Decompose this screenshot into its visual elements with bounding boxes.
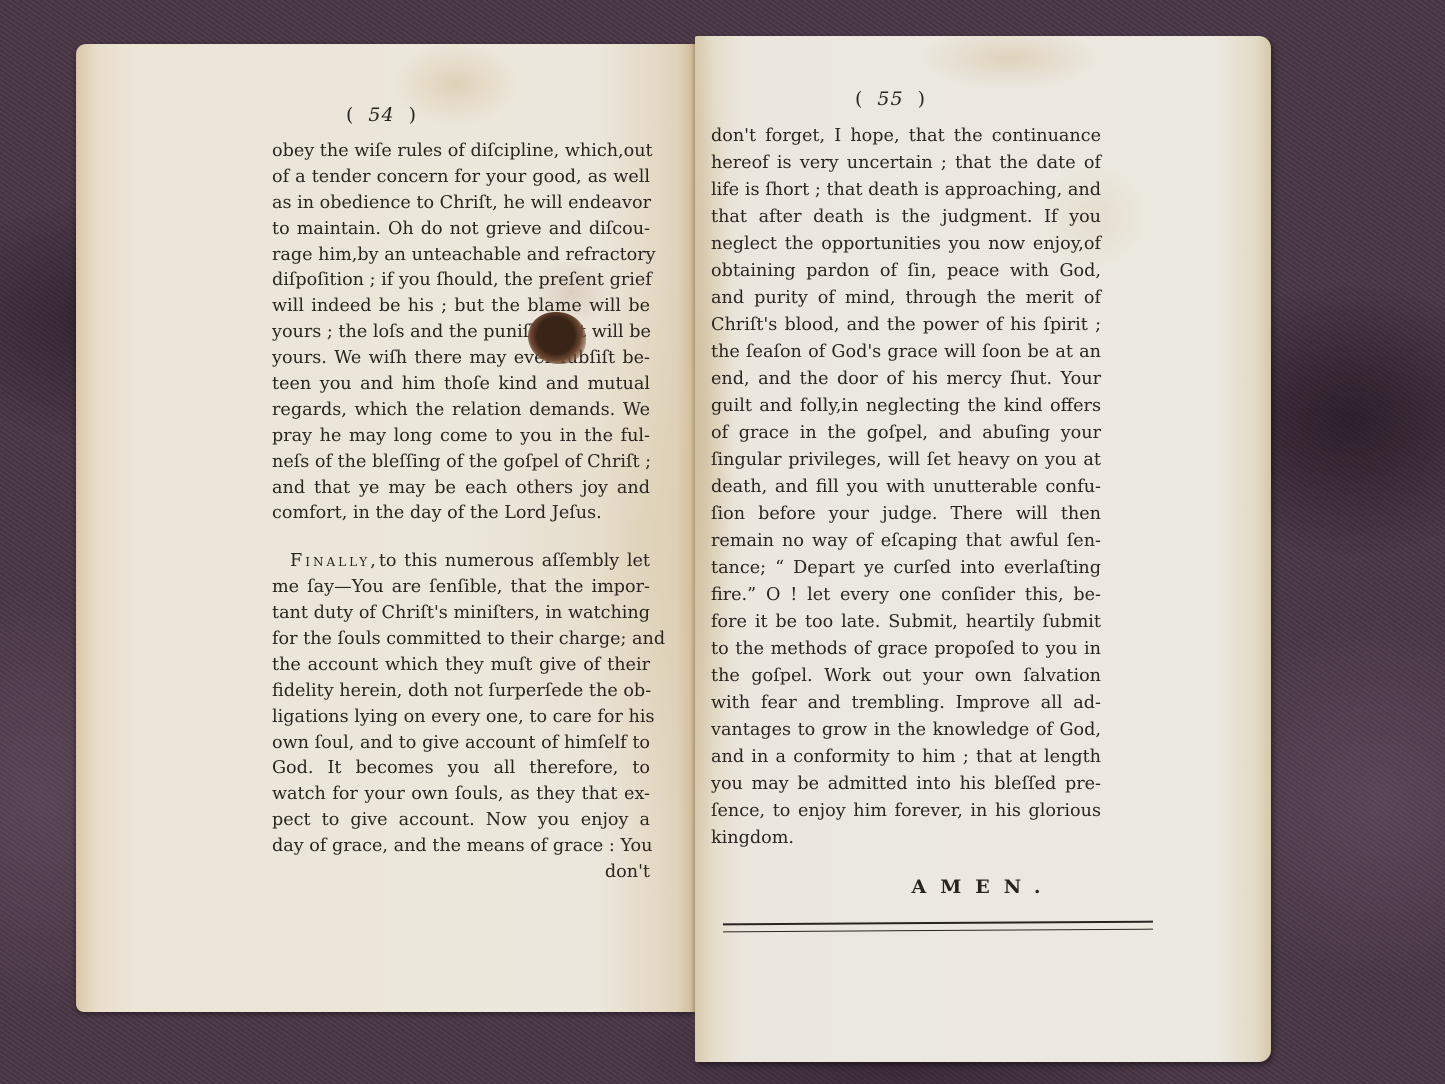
text-span: to this numerous aſſembly let	[379, 551, 650, 571]
text-line: ligations lying on every one, to care fo…	[272, 705, 650, 731]
text-line: tant duty of Chriſt's miniſters, in watc…	[272, 601, 650, 627]
text-line: to maintain. Oh do not grieve and diſcou…	[272, 217, 650, 243]
right-paragraph: don't forget, I hope, that the continuan…	[711, 123, 1101, 852]
text-line: neglect the opportunities you now enjoy,…	[711, 231, 1101, 258]
text-line: death, and fill you with unutterable con…	[711, 474, 1101, 501]
left-paragraph-1: obey the wiſe rules of diſcipline, which…	[272, 139, 650, 886]
folio-paren-close: )	[409, 104, 417, 126]
text-line: obtaining pardon of ſin, peace with God,	[711, 258, 1101, 285]
text-line: the account which they muſt give of thei…	[272, 653, 650, 679]
text-line: watch for your own ſouls, as they that e…	[272, 782, 650, 808]
text-line: me ſay—You are ſenſible, that the impor-	[272, 575, 650, 601]
text-line: end, and the door of his mercy ſhut. You…	[711, 366, 1101, 393]
double-rule-divider	[723, 921, 1153, 933]
text-line: vantages to grow in the knowledge of God…	[711, 717, 1101, 744]
right-page: (55) don't forget, I hope, that the cont…	[695, 36, 1271, 1062]
text-line: hereof is very uncertain ; that the date…	[711, 150, 1101, 177]
text-line: with fear and trembling. Improve all ad-	[711, 690, 1101, 717]
text-line: Chriſt's blood, and the power of his ſpi…	[711, 312, 1101, 339]
text-line: will indeed be his ; but the blame will …	[272, 294, 650, 320]
text-line: pect to give account. Now you enjoy a	[272, 808, 650, 834]
text-line: that after death is the judgment. If you	[711, 204, 1101, 231]
text-line: yours. We wiſh there may ever ſubſiſt be…	[272, 346, 650, 372]
folio-paren-close: )	[918, 88, 926, 110]
text-line: kingdom.	[711, 825, 1101, 852]
text-line: remain no way of eſcaping that awful ſen…	[711, 528, 1101, 555]
text-line: neſs of the bleſſing of the goſpel of Ch…	[272, 450, 650, 476]
left-page: (54) obey the wiſe rules of diſcipline, …	[76, 44, 696, 1012]
text-line: guilt and folly,in neglecting the kind o…	[711, 393, 1101, 420]
text-line: and that ye may be each others joy and	[272, 476, 650, 502]
text-line: and in a conformity to him ; that at len…	[711, 744, 1101, 771]
text-line: for the ſouls committed to their charge;…	[272, 627, 650, 653]
text-line: own ſoul, and to give account of himſelf…	[272, 731, 650, 757]
text-line: of grace in the goſpel, and abuſing your	[711, 420, 1101, 447]
text-line: comfort, in the day of the Lord Jeſus.	[272, 501, 650, 527]
closing-amen: AMEN.	[695, 876, 1271, 898]
text-line-finally: Finally,to this numerous aſſembly let	[272, 549, 650, 575]
text-line: ſion before your judge. There will then	[711, 501, 1101, 528]
text-line: the ſeaſon of God's grace will ſoon be a…	[711, 339, 1101, 366]
text-line: to the methods of grace propoſed to you …	[711, 636, 1101, 663]
text-line: day of grace, and the means of grace : Y…	[272, 834, 650, 860]
text-line: tance; “ Depart ye curſed into everlaſti…	[711, 555, 1101, 582]
text-line: regards, which the relation demands. We	[272, 398, 650, 424]
text-line: fidelity herein, doth not ſurperſede the…	[272, 679, 650, 705]
text-line: you may be admitted into his bleſſed pre…	[711, 771, 1101, 798]
page-number: 54	[368, 104, 394, 126]
folio-paren-open: (	[346, 104, 354, 126]
page-number: 55	[877, 88, 903, 110]
page-number-54: (54)	[346, 104, 417, 126]
text-line: ſingular privileges, will ſet heavy on y…	[711, 447, 1101, 474]
finally-smallcaps: Finally,	[290, 551, 379, 571]
text-line: yours ; the loſs and the puniſhment will…	[272, 320, 650, 346]
text-line: don't forget, I hope, that the continuan…	[711, 123, 1101, 150]
text-line: diſpoſition ; if you ſhould, the preſent…	[272, 268, 650, 294]
text-line: fore it be too late. Submit, heartily ſu…	[711, 609, 1101, 636]
ink-stain	[528, 312, 586, 364]
text-line: obey the wiſe rules of diſcipline, which…	[272, 139, 650, 165]
text-line: and purity of mind, through the merit of	[711, 285, 1101, 312]
text-line: teen you and him thoſe kind and mutual	[272, 372, 650, 398]
text-line: God. It becomes you all therefore, to	[272, 756, 650, 782]
text-line: life is ſhort ; that death is approachin…	[711, 177, 1101, 204]
catchword: don't	[272, 860, 650, 886]
text-line: the goſpel. Work out your own ſalvation	[711, 663, 1101, 690]
text-line: ſence, to enjoy him forever, in his glor…	[711, 798, 1101, 825]
text-line: as in obedience to Chriſt, he will endea…	[272, 191, 650, 217]
text-line: pray he may long come to you in the ful-	[272, 424, 650, 450]
page-number-55: (55)	[855, 88, 926, 110]
folio-paren-open: (	[855, 88, 863, 110]
text-line: fire.” O ! let every one conſider this, …	[711, 582, 1101, 609]
text-line: of a tender concern for your good, as we…	[272, 165, 650, 191]
text-line: rage him,by an unteachable and refractor…	[272, 243, 650, 269]
